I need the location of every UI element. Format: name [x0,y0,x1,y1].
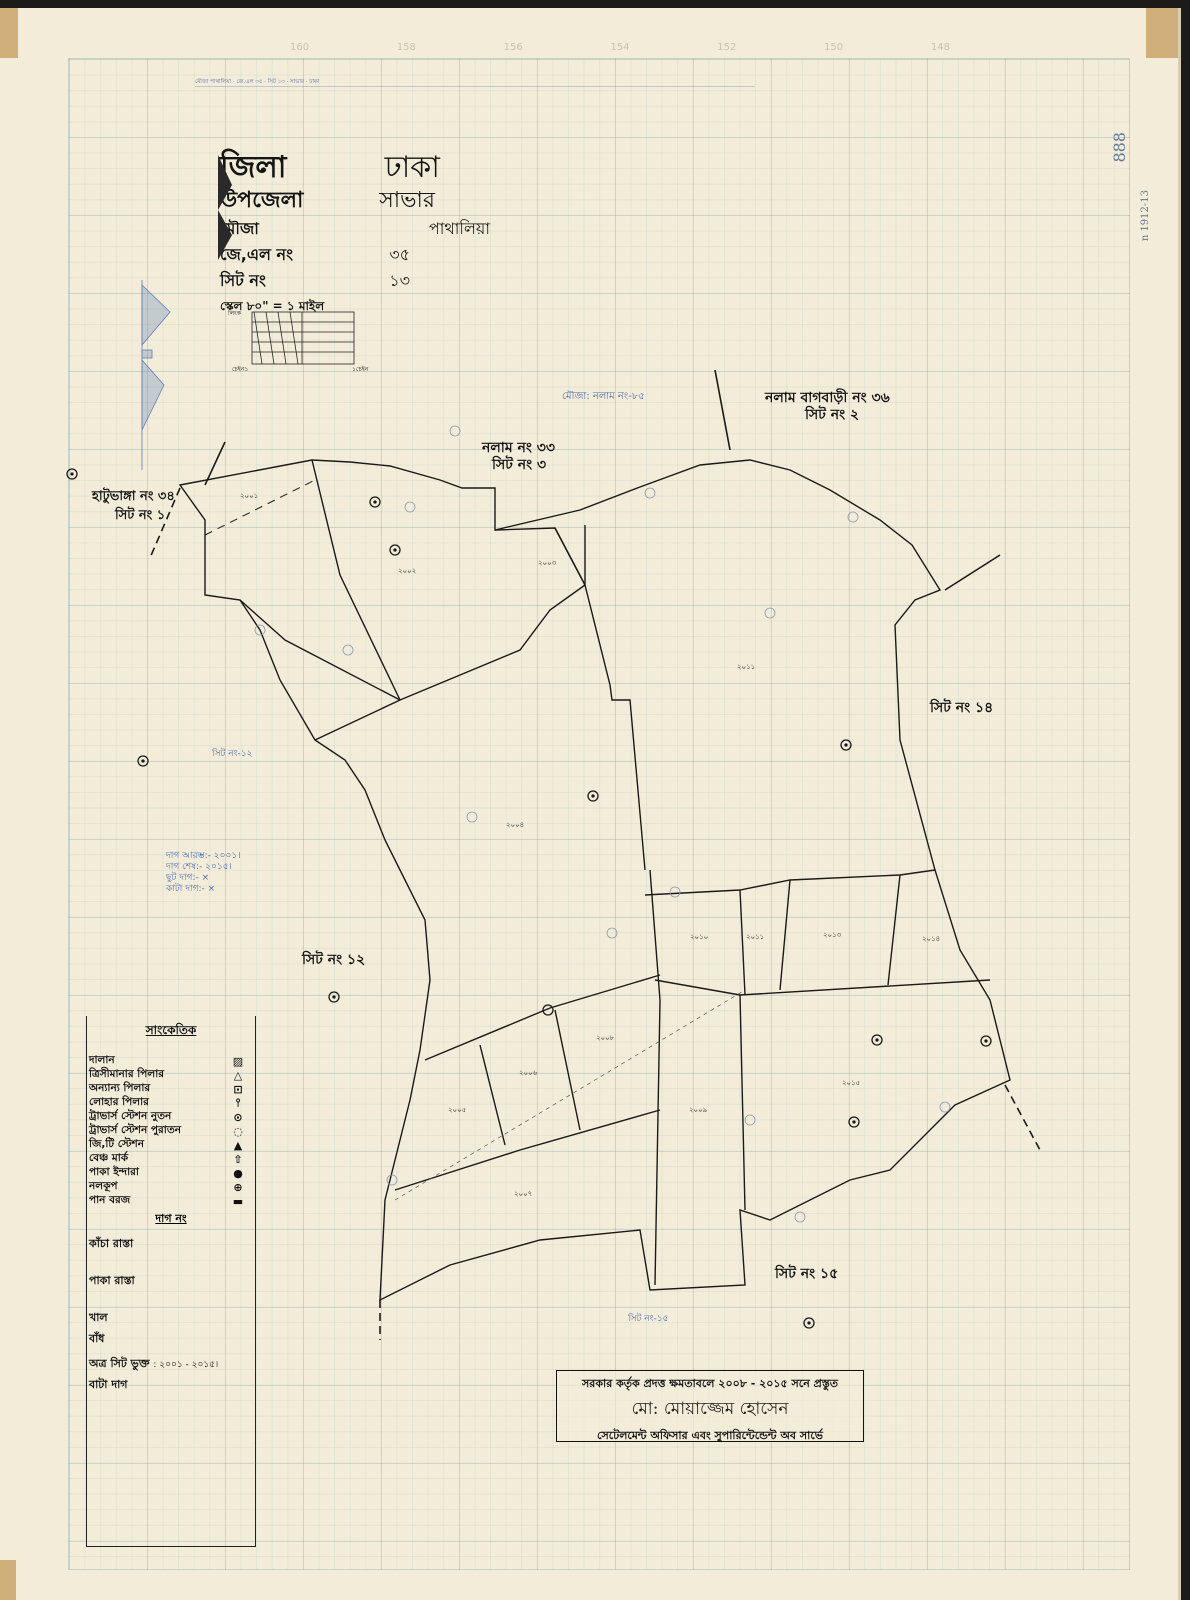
adjacent-east-sheet: সিট নং ১৪ [930,696,993,720]
kacha-road-label: কাঁচা রাস্তা [87,1235,255,1254]
legend-box: সাংকেতিক দালান▨ ত্রিসীমানার পিলার△ অন্যা… [86,1016,256,1547]
cut-dag-note: কাটা দাগ:- × [166,881,215,896]
parcel-label: ২০০২ [398,565,416,577]
parcel-label: ২০১১ [746,931,764,943]
parcel-label: ২০০৬ [519,1067,537,1079]
legend-title: সাংকেতিক [87,1022,255,1042]
sheet12-note: সিট নং-১২ [212,746,252,761]
parcel-label: ২০০৭ [514,1188,532,1200]
officer-signature: মো: মোয়াজ্জেম হোসেন [557,1396,863,1424]
adjacent-southwest-sheet: সিট নং ১২ [302,948,365,972]
diagonal-scale-icon [252,312,354,364]
parcel-label: ২০১৫ [842,1077,860,1089]
adjacent-west-sheet: সিট নং ১ [115,506,165,527]
tri-junction-pillar-icon: △ [231,1069,245,1082]
bench-mark-icon: ⇧ [231,1153,245,1166]
canal-label: খাল [87,1309,255,1328]
gt-station-icon: ▲ [231,1139,245,1152]
building-icon: ▨ [231,1055,245,1068]
parcel-label: ২০১৪ [922,933,940,945]
mouza-note: মৌজা: নলাম নং-৮৫ [562,389,645,406]
cut-dag-label: বাটা দাগ [87,1376,255,1395]
betel-garden-icon: ▬ [231,1195,245,1208]
certification-line: সরকার কর্তৃক প্রদত্ত ক্ষমতাবলে ২০০৮ - ২০… [557,1375,863,1394]
parcel-label: ২০১৩ [823,929,841,941]
sheet-dag-row: অত্র সিট ভুক্ত : ২০০১ - ২০১৫। [87,1355,255,1374]
adjacent-tie-lines [150,370,1040,1340]
parcel-label: ২০০১ [240,490,258,502]
parcel-label: ২০০৮ [596,1032,614,1044]
officer-title: সেটেলমেন্ট অফিসার এবং সুপারিন্টেন্ডেন্ট … [557,1427,863,1446]
parcel-label: ২০১০ [690,931,708,943]
other-pillar-icon: ⊡ [231,1083,245,1096]
traverse-new-icon: ⊙ [231,1111,245,1124]
title-bracket-icon [218,155,232,260]
dag-heading: দাগ নং [87,1210,255,1229]
iron-pillar-icon: ⫯ [231,1096,245,1110]
adjacent-northeast-sheet: সিট নং ২ [805,403,859,427]
sheet15-note: সিট নং-১৫ [628,1311,668,1326]
parcel-label: ২০০৩ [538,557,556,569]
mouza-boundary [180,460,1010,1300]
adjacent-north-sheet: সিট নং ৩ [492,453,546,477]
tubewell-icon: ⊕ [231,1181,245,1194]
parcel-label: ২০০৫ [448,1104,466,1116]
parcel-label: ২০০৪ [506,819,524,831]
parcel-label: ২০০৯ [689,1104,707,1116]
certification-box: সরকার কর্তৃক প্রদত্ত ক্ষমতাবলে ২০০৮ - ২০… [556,1370,864,1442]
legend-item: পান বরজ▬ [87,1194,255,1208]
adjacent-south-sheet: সিট নং ১৫ [775,1262,838,1286]
adjacent-west-label: হাটুভাঙ্গা নং ৩৪ [92,487,175,508]
traverse-old-icon: ◌ [231,1125,245,1138]
well-icon: ● [231,1167,245,1180]
old-traverse-icons [255,426,950,1222]
north-arrow-icon [142,280,170,470]
parcel-label: ২০১১ [737,661,755,673]
embankment-label: বাঁধ [87,1330,255,1349]
paka-road-label: পাকা রাস্তা [87,1272,255,1291]
